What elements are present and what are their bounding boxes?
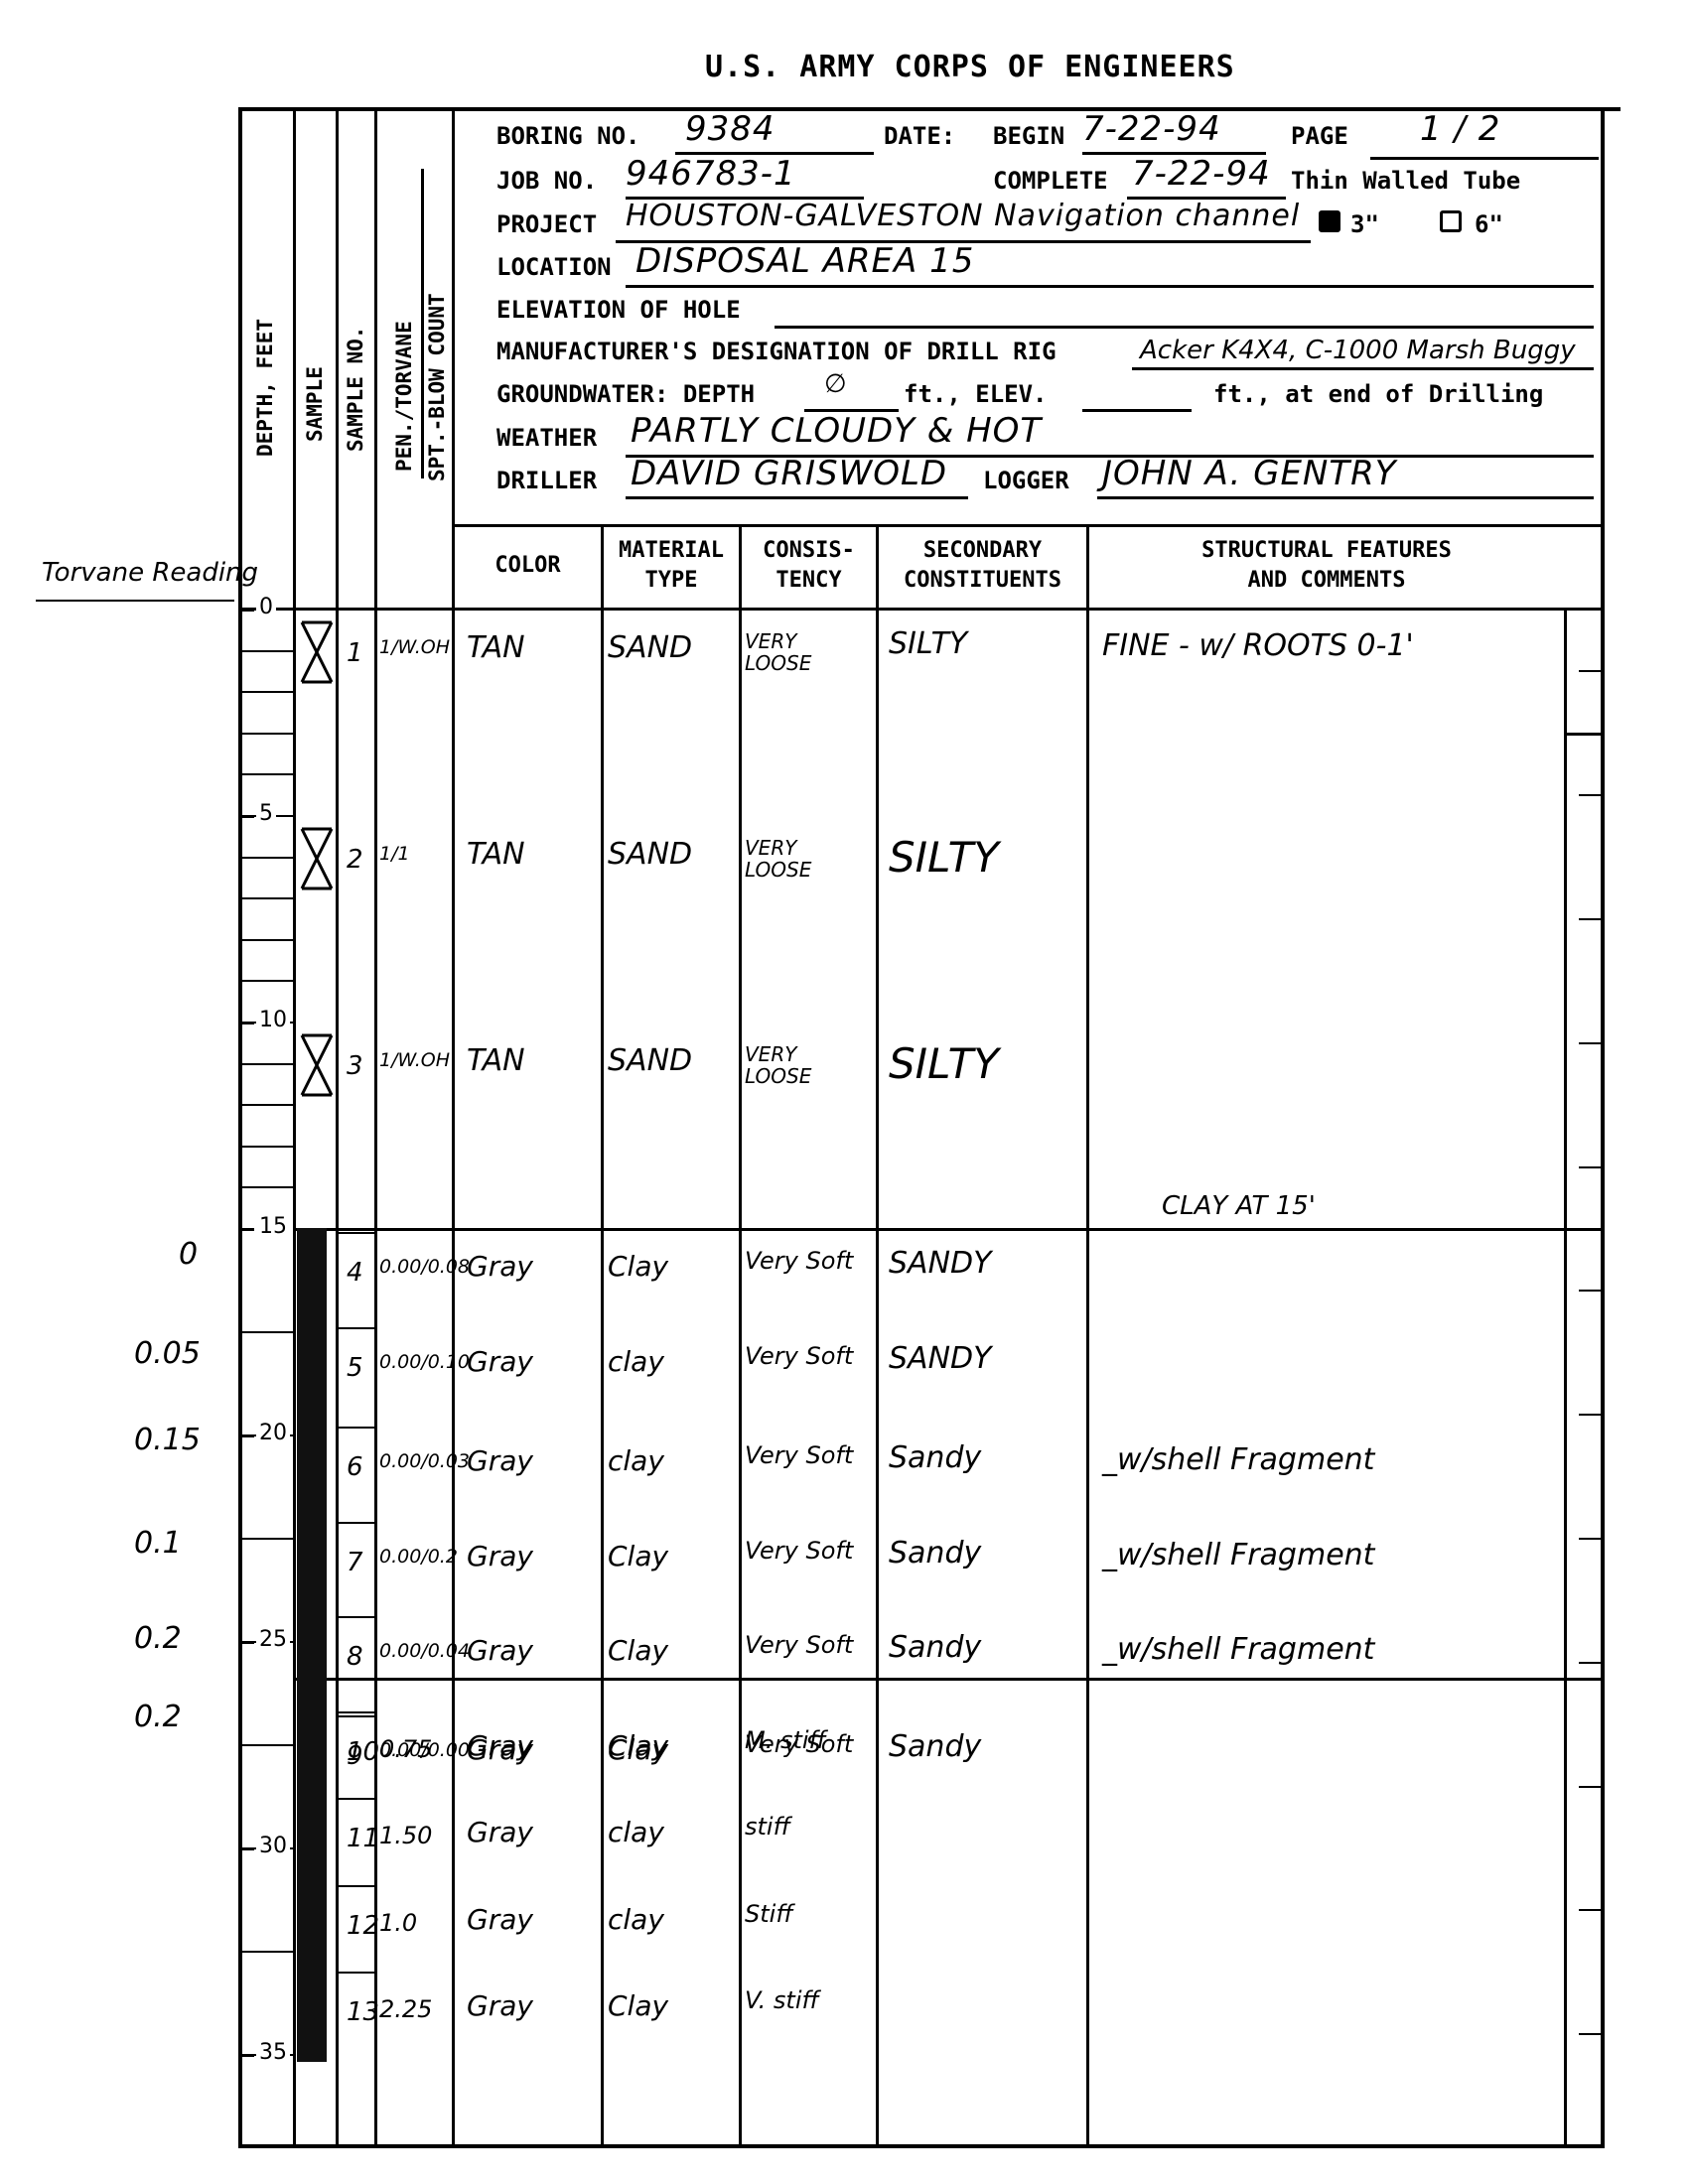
- sample-header: SAMPLE: [303, 366, 327, 442]
- sample-number: 3: [347, 1051, 363, 1081]
- right-scale-tick: [1579, 1414, 1601, 1416]
- drill-rig-label: MANUFACTURER'S DESIGNATION OF DRILL RIG: [496, 338, 1057, 365]
- sample-number: 6: [347, 1452, 363, 1482]
- consistency-value: Very Soft: [745, 1345, 874, 1367]
- groundwater-label: GROUNDWATER: DEPTH: [496, 380, 755, 408]
- depth-tick-label: 35: [256, 2040, 290, 2065]
- consistency-value: Very Soft: [745, 1444, 874, 1466]
- right-scale-tick: [1579, 1662, 1601, 1664]
- secondary-constituent-value: Sandy: [889, 1729, 981, 1764]
- sample-number: 5: [347, 1353, 363, 1383]
- right-scale-tick: [1579, 1909, 1601, 1911]
- secondary-constituent-value: SILTY: [889, 833, 999, 882]
- form-title: U.S. ARMY CORPS OF ENGINEERS: [705, 50, 1235, 84]
- sample-no-divider: [336, 1427, 375, 1429]
- divider-right-scale: [1564, 608, 1567, 2146]
- depth-grid-line: [241, 1331, 293, 1333]
- color-value: Gray: [467, 1816, 533, 1848]
- color-value: TAN: [467, 1043, 525, 1078]
- right-scale-tick: [1579, 1538, 1601, 1540]
- consistency-value: Very Soft: [745, 1540, 874, 1562]
- thin-walled-tube-label: Thin Walled Tube: [1291, 167, 1520, 195]
- structural-comment-value: FINE - w/ ROOTS 0-1': [1102, 628, 1414, 663]
- structural-header-line2: AND COMMENTS: [1089, 566, 1564, 596]
- sample-x-icon: [300, 827, 334, 890]
- pen-torvane-value: 1.50: [379, 1822, 432, 1849]
- structural-comment-value: _w/shell Fragment: [1102, 1538, 1374, 1572]
- project-value[interactable]: HOUSTON-GALVESTON Navigation channel: [626, 199, 1300, 233]
- depth-tick-label: 15: [256, 1214, 290, 1239]
- divider-consistency: [876, 524, 879, 2146]
- job-no-label: JOB NO.: [496, 167, 597, 195]
- material-type-value: Clay: [608, 1250, 668, 1283]
- depth-tick-mark: [238, 1847, 254, 1850]
- consistency-value: VERY LOOSE: [745, 1043, 834, 1087]
- spt-blow-count-header: SPT.-BLOW COUNT: [425, 293, 449, 481]
- color-value: Gray: [467, 1989, 533, 2022]
- color-value: Gray: [467, 1634, 533, 1667]
- color-value: TAN: [467, 630, 525, 665]
- sample-no-divider: [336, 1885, 375, 1887]
- consistency-value: VERY LOOSE: [745, 837, 834, 881]
- depth-grid-line: [241, 1744, 293, 1746]
- secondary-constituent-value: Sandy: [889, 1630, 981, 1665]
- sample-no-divider: [336, 1232, 375, 1234]
- consistency-value: Very Soft: [745, 1634, 874, 1656]
- stratum-boundary-26ft: [293, 1678, 1604, 1681]
- material-type-value: Clay: [608, 1989, 668, 2022]
- consistency-header: CONSIS- TENCY: [742, 536, 876, 596]
- divider-sample: [336, 107, 339, 2146]
- tube-6in-checkbox[interactable]: [1440, 210, 1462, 232]
- groundwater-depth-value[interactable]: ∅: [824, 369, 847, 399]
- sample-number: 13: [347, 1997, 379, 2027]
- material-type-value: SAND: [608, 1043, 692, 1078]
- secondary-header-line1: SECONDARY: [879, 536, 1086, 566]
- pen-torvane-value: 1.0: [379, 1909, 417, 1937]
- pen-spt-divider: [421, 169, 424, 478]
- sample-no-divider: [336, 1616, 375, 1618]
- depth-grid-line: [241, 691, 293, 693]
- pen-torvane-value: 1/W.OH: [379, 1049, 450, 1071]
- sample-number: 1: [347, 638, 363, 668]
- consistency-header-line1: CONSIS-: [742, 536, 876, 566]
- page-value: 1 / 2: [1420, 109, 1500, 149]
- torvane-reading-note: Torvane Reading: [42, 558, 258, 588]
- boring-no-value[interactable]: 9384: [685, 109, 775, 149]
- header-row-top: [452, 524, 1604, 527]
- margin-torvane-reading: 0: [179, 1237, 198, 1272]
- depth-tick-mark: [238, 1434, 254, 1437]
- ft-elev-label: ft., ELEV.: [904, 380, 1048, 408]
- sample-no-divider: [336, 1798, 375, 1800]
- color-value: Gray: [467, 1345, 533, 1378]
- pen-torvane-value: 1/W.OH: [379, 636, 450, 658]
- job-no-value[interactable]: 946783-1: [626, 154, 796, 194]
- divider-color: [601, 524, 604, 2146]
- structural-comment-value: _w/shell Fragment: [1102, 1442, 1374, 1477]
- sample-number: 8: [347, 1642, 363, 1672]
- secondary-constituent-value: SANDY: [889, 1246, 991, 1281]
- right-scale-tick: [1579, 1166, 1601, 1168]
- right-scale-tick: [1579, 670, 1601, 672]
- divider-depth: [293, 107, 296, 2146]
- depth-grid-line: [241, 1063, 293, 1065]
- color-value: Gray: [467, 1250, 533, 1283]
- depth-grid-line: [241, 857, 293, 859]
- depth-tick-label: 25: [256, 1627, 290, 1652]
- secondary-constituent-value: Sandy: [889, 1440, 981, 1475]
- depth-grid-line: [241, 733, 293, 735]
- clay-at-15-note: CLAY AT 15': [1162, 1191, 1316, 1221]
- depth-tick-mark: [238, 815, 254, 818]
- secondary-header-line2: CONSTITUENTS: [879, 566, 1086, 596]
- right-scale-tick: [1579, 794, 1601, 796]
- driller-label: DRILLER: [496, 467, 597, 494]
- depth-tick-mark: [238, 1022, 254, 1024]
- depth-tick-label: 0: [256, 595, 276, 619]
- sample-no-divider: [336, 1972, 375, 1974]
- right-scale-tick: [1579, 1786, 1601, 1788]
- material-type-value: Clay: [608, 1634, 668, 1667]
- pen-torvane-header: PEN./TORVANE: [392, 321, 416, 472]
- depth-tick-mark: [238, 609, 254, 612]
- color-value: Gray: [467, 1540, 533, 1572]
- material-type-value: clay: [608, 1903, 664, 1936]
- frame-right: [1601, 107, 1605, 2146]
- depth-tick-label: 10: [256, 1008, 290, 1032]
- consistency-value: stiff: [745, 1816, 874, 1838]
- driller-value[interactable]: DAVID GRISWOLD: [631, 454, 947, 493]
- sample-number: 7: [347, 1548, 363, 1577]
- begin-date-value[interactable]: 7-22-94: [1082, 109, 1221, 149]
- frame-left: [238, 107, 242, 2146]
- depth-tick-mark: [238, 2054, 254, 2057]
- depth-grid-line: [241, 1104, 293, 1106]
- sample-number: 11: [347, 1824, 379, 1853]
- secondary-constituent-value: SILTY: [889, 1039, 999, 1088]
- depth-tick-mark: [238, 1641, 254, 1644]
- depth-tick-label: 5: [256, 801, 276, 826]
- sample-no-header: SAMPLE NO.: [344, 327, 367, 452]
- secondary-header: SECONDARY CONSTITUENTS: [879, 536, 1086, 596]
- material-type-value: clay: [608, 1444, 664, 1477]
- sample-number: 10: [347, 1737, 379, 1767]
- tube-6in-label: 6": [1475, 210, 1503, 238]
- secondary-constituent-value: SANDY: [889, 1341, 991, 1376]
- depth-tick-mark: [238, 1228, 254, 1231]
- right-scale-box: [1564, 733, 1601, 736]
- color-value: Gray: [467, 1444, 533, 1477]
- consistency-value: M. stiff: [745, 1729, 874, 1751]
- tube-3in-label: 3": [1350, 210, 1379, 238]
- margin-torvane-reading: 0.05: [134, 1336, 201, 1371]
- depth-grid-line: [241, 1186, 293, 1188]
- depth-grid-line: [241, 980, 293, 982]
- divider-material: [739, 524, 742, 2146]
- sample-number: 12: [347, 1911, 379, 1941]
- depth-feet-header: DEPTH, FEET: [253, 319, 277, 457]
- right-scale-tick: [1579, 1290, 1601, 1292]
- pen-torvane-value: 0.00/0.03: [379, 1450, 470, 1472]
- sample-no-divider: [336, 1327, 375, 1329]
- divider-pen: [452, 107, 455, 2146]
- pen-torvane-value: 0.00/0.08: [379, 1256, 470, 1278]
- end-of-drilling-label: ft., at end of Drilling: [1213, 380, 1543, 408]
- depth-grid-line: [241, 897, 293, 899]
- stratum-boundary-15ft: [293, 1228, 1604, 1231]
- complete-label: COMPLETE: [993, 167, 1108, 195]
- weather-value[interactable]: PARTLY CLOUDY & HOT: [631, 411, 1042, 451]
- right-scale-tick: [1579, 1042, 1601, 1044]
- material-type-value: SAND: [608, 837, 692, 872]
- pen-torvane-value: 0.00/0.2: [379, 1546, 458, 1568]
- material-header-line2: TYPE: [604, 566, 739, 596]
- material-type-value: Clay: [608, 1729, 668, 1762]
- sample-x-icon: [300, 1033, 334, 1097]
- sample-x-icon: [300, 620, 334, 684]
- material-type-value: clay: [608, 1816, 664, 1848]
- material-type-value: Clay: [608, 1540, 668, 1572]
- location-label: LOCATION: [496, 253, 612, 281]
- depth-grid-line: [241, 650, 293, 652]
- margin-torvane-reading: 0.2: [134, 1700, 182, 1734]
- sample-no-divider: [336, 1711, 375, 1713]
- material-type-value: SAND: [608, 630, 692, 665]
- depth-tick-label: 20: [256, 1421, 290, 1445]
- depth-tick-label: 30: [256, 1834, 290, 1858]
- material-type-header: MATERIAL TYPE: [604, 536, 739, 596]
- margin-torvane-reading: 0.2: [134, 1621, 182, 1656]
- pen-torvane-value: 0.00/0.10: [379, 1351, 470, 1373]
- tube-3in-checkbox[interactable]: [1319, 210, 1340, 232]
- divider-secondary: [1086, 524, 1089, 2146]
- right-scale-tick: [1579, 918, 1601, 920]
- logger-value[interactable]: JOHN A. GENTRY: [1102, 454, 1397, 493]
- complete-date-value[interactable]: 7-22-94: [1132, 154, 1271, 194]
- consistency-header-line2: TENCY: [742, 566, 876, 596]
- drill-rig-value[interactable]: Acker K4X4, C-1000 Marsh Buggy: [1140, 336, 1576, 365]
- boring-no-label: BORING NO.: [496, 122, 640, 150]
- sample-number: 2: [347, 845, 363, 875]
- pen-torvane-value: 1/1: [379, 843, 410, 865]
- continuous-sample-bar: [297, 1228, 327, 2062]
- structural-header-line1: STRUCTURAL FEATURES: [1089, 536, 1564, 566]
- sample-no-divider: [336, 1522, 375, 1524]
- location-value[interactable]: DISPOSAL AREA 15: [635, 241, 974, 281]
- color-value: TAN: [467, 837, 525, 872]
- consistency-value: Very Soft: [745, 1250, 874, 1272]
- depth-grid-line: [241, 939, 293, 941]
- material-type-value: clay: [608, 1345, 664, 1378]
- consistency-value: VERY LOOSE: [745, 630, 834, 674]
- page-label: PAGE: [1291, 122, 1348, 150]
- logger-label: LOGGER: [983, 467, 1069, 494]
- consistency-value: V. stiff: [745, 1989, 874, 2011]
- structural-comment-value: _w/shell Fragment: [1102, 1632, 1374, 1667]
- margin-torvane-reading: 0.1: [134, 1526, 182, 1561]
- begin-label: BEGIN: [993, 122, 1064, 150]
- right-scale-tick: [1579, 2033, 1601, 2035]
- secondary-constituent-value: SILTY: [889, 626, 967, 661]
- depth-grid-line: [241, 1951, 293, 1953]
- frame-bottom: [238, 2144, 1605, 2148]
- header-row-bottom: [238, 608, 1604, 611]
- consistency-value: Stiff: [745, 1903, 874, 1925]
- elevation-label: ELEVATION OF HOLE: [496, 296, 741, 324]
- structural-header: STRUCTURAL FEATURES AND COMMENTS: [1089, 536, 1564, 596]
- depth-grid-line: [241, 1538, 293, 1540]
- sample-no-divider: [336, 1715, 375, 1717]
- weather-label: WEATHER: [496, 424, 597, 452]
- sample-number: 4: [347, 1258, 363, 1288]
- depth-grid-line: [241, 1146, 293, 1148]
- material-header-line1: MATERIAL: [604, 536, 739, 566]
- pen-torvane-value: 0.75: [379, 1735, 432, 1763]
- project-label: PROJECT: [496, 210, 597, 238]
- color-value: Gray: [467, 1903, 533, 1936]
- secondary-constituent-value: Sandy: [889, 1536, 981, 1570]
- pen-torvane-value: 2.25: [379, 1995, 432, 2023]
- color-value: Gray: [467, 1729, 533, 1762]
- pen-torvane-value: 0.00/0.04: [379, 1640, 470, 1662]
- depth-grid-line: [241, 773, 293, 775]
- date-label: DATE:: [884, 122, 955, 150]
- color-header: COLOR: [455, 551, 601, 581]
- frame-top: [238, 107, 1621, 111]
- margin-torvane-reading: 0.15: [134, 1423, 201, 1457]
